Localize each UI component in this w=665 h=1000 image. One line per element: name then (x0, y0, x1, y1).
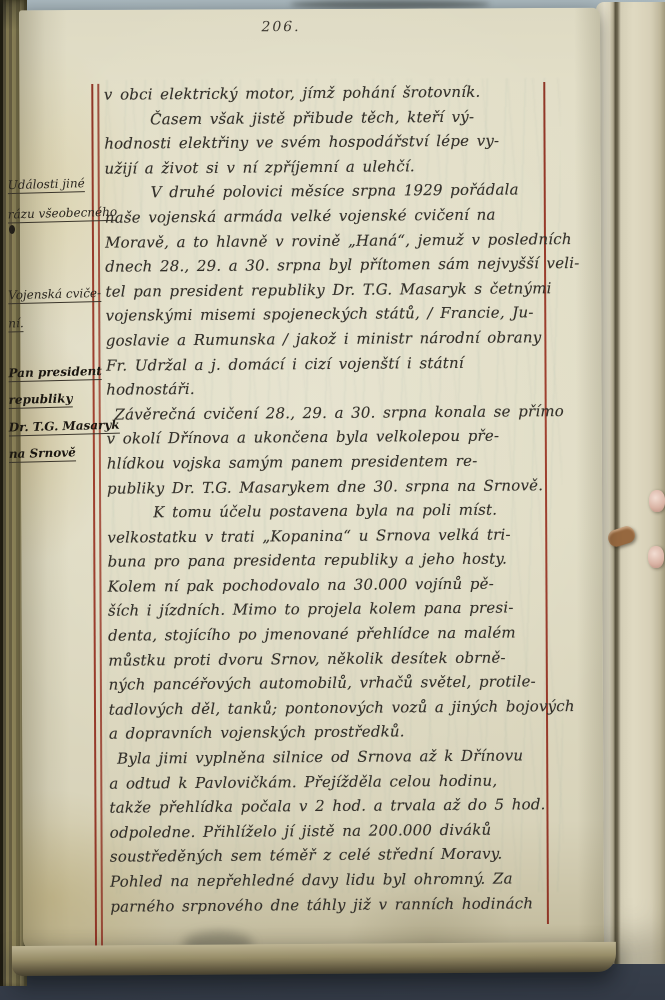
manuscript-line: hlídkou vojska samým panem presidentem r… (107, 448, 549, 476)
manuscript-line: dnech 28., 29. a 30. srpna byl přítomen … (105, 251, 547, 279)
margin-note-line: Události jiné (8, 177, 85, 194)
manuscript-line: v okolí Dřínova a ukončena byla velkolep… (107, 424, 549, 452)
margin-note-line: na Srnově (9, 446, 76, 463)
manuscript-line: tel pan president republiky Dr. T.G. Mas… (105, 276, 547, 304)
manuscript-line: a odtud k Pavlovičkám. Přejížděla celou … (109, 768, 551, 796)
manuscript-line: Kolem ní pak pochodovalo na 30.000 vojín… (108, 571, 550, 599)
manuscript-text: v obci elektrický motor, jímž pohání šro… (104, 79, 553, 919)
book-bottom-edge (12, 942, 616, 976)
manuscript-line: Fr. Udržal a j. domácí i cizí vojenští i… (106, 350, 548, 378)
manuscript-line: Moravě, a to hlavně v rovině „Haná“, jem… (105, 227, 547, 255)
margin-note-line: republiky (8, 392, 72, 409)
manuscript-line: buna pro pana presidenta republiky a jeh… (107, 546, 549, 574)
page-number: 206. (241, 19, 321, 35)
margin-note-general-events: Události jiné rázu všeobecného (8, 178, 92, 236)
manuscript-line: ných pancéřových automobilů, vrhačů svět… (108, 669, 550, 697)
margin-note-military-exercise: Vojenská cviče- ní. (8, 288, 92, 346)
margin-note-line: Pan president (8, 365, 102, 382)
facing-page-edge (596, 2, 665, 964)
manuscript-line: ších i jízdních. Mimo to projela kolem p… (108, 596, 550, 624)
manuscript-line: V druhé polovici měsíce srpna 1929 pořád… (105, 178, 547, 206)
manuscript-line: Časem však jistě přibude těch, kteří vý- (104, 104, 546, 132)
margin-note-line: Dr. T.G. Masaryk (9, 419, 120, 437)
manuscript-line: denta, stojícího po jmenované přehlídce … (108, 620, 550, 648)
manuscript-line: můstku proti dvoru Srnov, několik desíte… (108, 645, 550, 673)
manuscript-line: goslavie a Rumunska / jakož i ministr ná… (106, 325, 548, 353)
binding-lace-icon (649, 490, 665, 512)
manuscript-line: Byla jimi vyplněna silnice od Srnova až … (109, 743, 551, 771)
manuscript-line: odpoledne. Přihlíželo jí jistě na 200.00… (110, 817, 552, 845)
manuscript-line: hodnostáři. (106, 374, 548, 402)
binding-lace-icon (648, 546, 664, 568)
manuscript-line: takže přehlídka počala v 2 hod. a trvala… (109, 792, 551, 820)
chronicle-photo: 206. Události jiné rázu všeobecného Voje… (0, 0, 665, 1000)
manuscript-line: publiky Dr. T.G. Masarykem dne 30. srpna… (107, 473, 549, 501)
manuscript-line: velkostatku v trati „Kopanina“ u Srnova … (107, 522, 549, 550)
margin-note-line: rázu všeobecného (8, 206, 118, 224)
manuscript-line: naše vojenská armáda velké vojenské cvič… (105, 202, 547, 230)
manuscript-line: Závěrečná cvičení 28., 29. a 30. srpna k… (106, 399, 548, 427)
manuscript-line: v obci elektrický motor, jímž pohání šro… (104, 79, 546, 107)
margin-note-line: Vojenská cviče- (8, 287, 101, 304)
manuscript-line: užijí a život si v ní zpříjemní a ulehčí… (104, 153, 546, 181)
margin-note-president: Pan president republiky Dr. T.G. Masaryk… (8, 366, 92, 474)
manuscript-line: Pohled na nepřehledné davy lidu byl ohro… (110, 866, 552, 894)
margin-note-line: ní. (8, 317, 24, 332)
manuscript-line: parného srpnového dne táhly již v ranníc… (110, 891, 552, 919)
manuscript-line: tadlových děl, tanků; pontonových vozů a… (109, 694, 551, 722)
manuscript-line: vojenskými misemi spojeneckých států, / … (106, 301, 548, 329)
manuscript-line: a dopravních vojenských prostředků. (109, 719, 551, 747)
manuscript-line: hodnosti elektřiny ve svém hospodářství … (104, 128, 546, 156)
manuscript-line: soustředěných sem téměř z celé střední M… (110, 842, 552, 870)
book-page: 206. Události jiné rázu všeobecného Voje… (19, 8, 604, 955)
manuscript-line: K tomu účelu postavena byla na poli míst… (107, 497, 549, 525)
